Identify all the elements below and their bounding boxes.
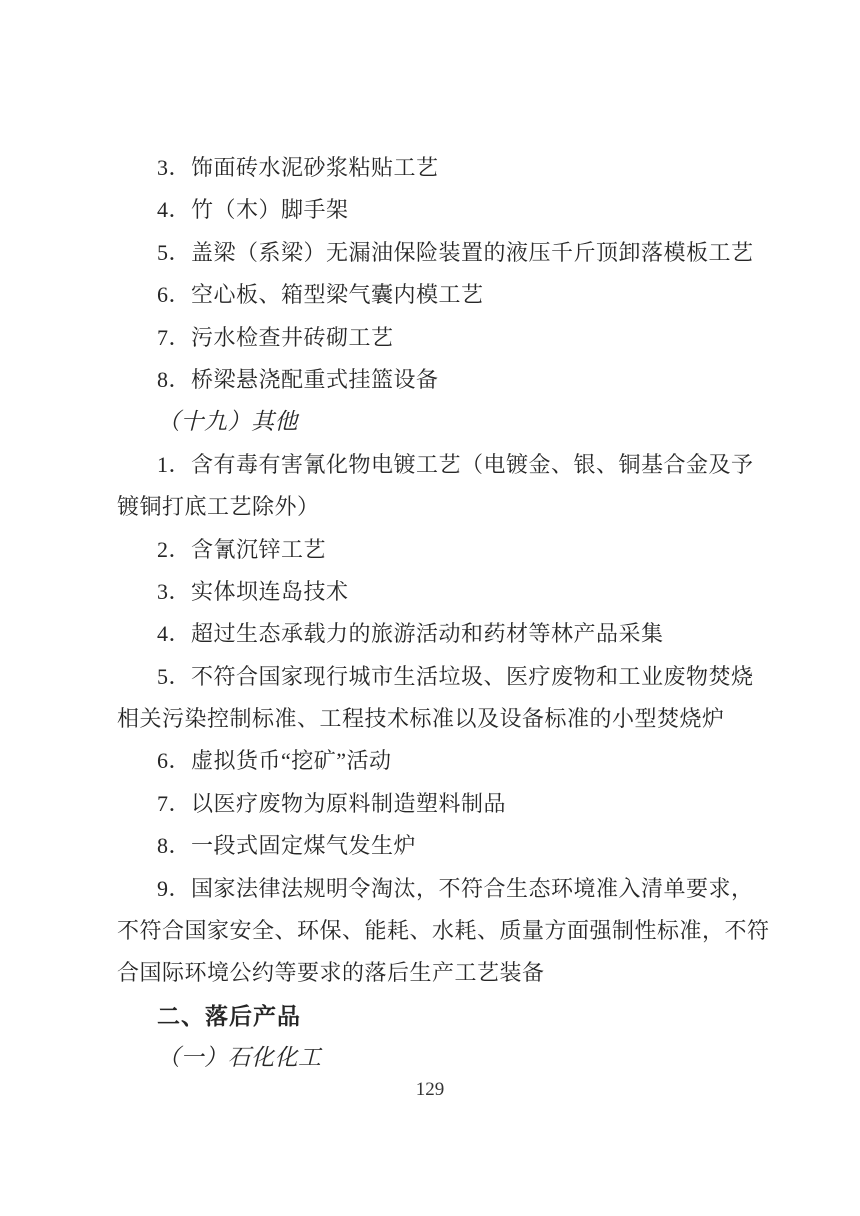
text-line: 1．含有毒有害氰化物电镀工艺（电镀金、银、铜基合金及予 xyxy=(117,444,765,486)
text-line: 合国际环境公约等要求的落后生产工艺装备 xyxy=(117,952,765,994)
text-line: 7．以医疗废物为原料制造塑料制品 xyxy=(117,783,765,825)
text-line: 二、落后产品 xyxy=(117,995,765,1037)
text-line: 3．饰面砖水泥砂浆粘贴工艺 xyxy=(117,147,765,189)
text-line: 5．不符合国家现行城市生活垃圾、医疗废物和工业废物焚烧 xyxy=(117,656,765,698)
text-line: 2．含氰沉锌工艺 xyxy=(117,529,765,571)
page-number: 129 xyxy=(0,1078,860,1102)
text-line: （十九）其他 xyxy=(117,401,765,443)
text-line: 6．空心板、箱型梁气囊内模工艺 xyxy=(117,274,765,316)
text-line: 6．虚拟货币“挖矿”活动 xyxy=(117,740,765,782)
text-line: 8．桥梁悬浇配重式挂篮设备 xyxy=(117,359,765,401)
text-line: 5．盖梁（系梁）无漏油保险装置的液压千斤顶卸落模板工艺 xyxy=(117,232,765,274)
text-line: 镀铜打底工艺除外） xyxy=(117,486,765,528)
text-line: 8．一段式固定煤气发生炉 xyxy=(117,825,765,867)
text-line: 9．国家法律法规明令淘汰，不符合生态环境准入清单要求， xyxy=(117,868,765,910)
text-line: 4．竹（木）脚手架 xyxy=(117,189,765,231)
text-line: （一）石化化工 xyxy=(117,1037,765,1079)
text-line: 3．实体坝连岛技术 xyxy=(117,571,765,613)
text-line: 相关污染控制标准、工程技术标准以及设备标准的小型焚烧炉 xyxy=(117,698,765,740)
text-line: 4．超过生态承载力的旅游活动和药材等林产品采集 xyxy=(117,613,765,655)
text-line: 7．污水检查井砖砌工艺 xyxy=(117,317,765,359)
text-line: 不符合国家安全、环保、能耗、水耗、质量方面强制性标准，不符 xyxy=(117,910,765,952)
document-page: 3．饰面砖水泥砂浆粘贴工艺4．竹（木）脚手架5．盖梁（系梁）无漏油保险装置的液压… xyxy=(0,0,860,1216)
document-body: 3．饰面砖水泥砂浆粘贴工艺4．竹（木）脚手架5．盖梁（系梁）无漏油保险装置的液压… xyxy=(117,147,765,1080)
